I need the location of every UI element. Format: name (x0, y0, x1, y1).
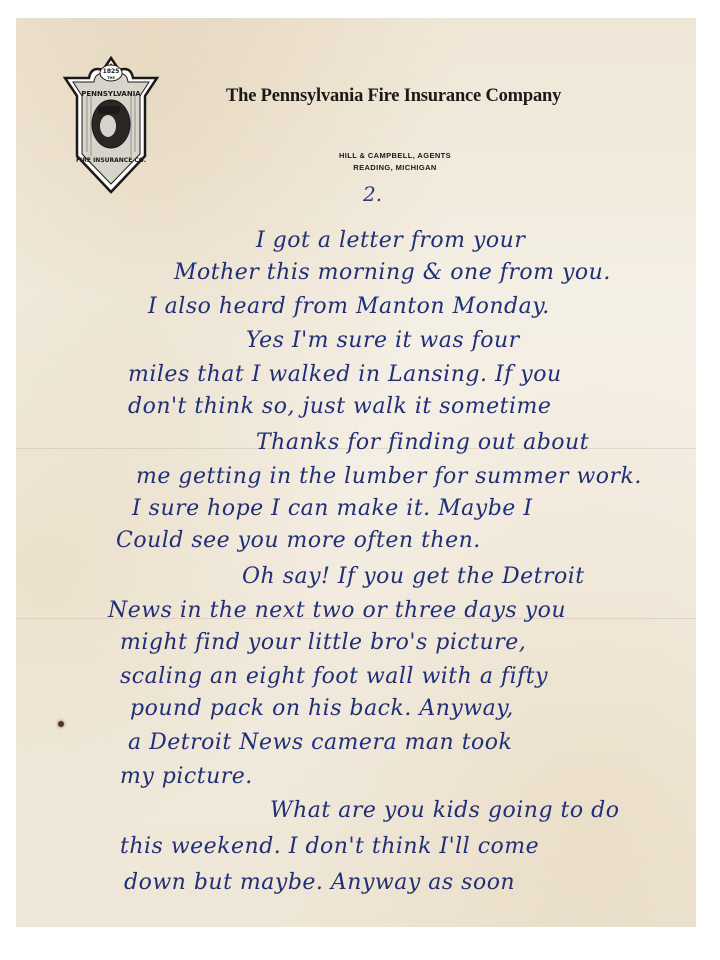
letter-line: Mother this morning & one from you. (174, 260, 611, 285)
pennsylvania-fire-insurance-shield-logo: 1825 THE PENNSYLVANIA FIRE INSURANCE CO. (61, 56, 161, 194)
letter-line: I sure hope I can make it. Maybe I (132, 496, 533, 521)
logo-the: THE (107, 76, 115, 80)
company-name: The Pennsylvania Fire Insurance Company (226, 86, 626, 107)
portrait-icon (100, 115, 116, 137)
letter-line: might find your little bro's picture, (120, 630, 526, 655)
letter-line: Yes I'm sure it was four (246, 328, 520, 353)
letter-line: Could see you more often then. (116, 528, 481, 553)
letter-line: pound pack on his back. Anyway, (130, 696, 514, 721)
letter-line: What are you kids going to do (270, 798, 619, 823)
logo-top-text: PENNSYLVANIA (81, 90, 141, 98)
letter-line: a Detroit News camera man took (128, 730, 512, 755)
letter-line: down but maybe. Anyway as soon (124, 870, 515, 895)
letter-line: News in the next two or three days you (108, 598, 566, 623)
agents-block: HILL & CAMPBELL, AGENTS READING, MICHIGA… (310, 150, 480, 174)
letter-line: miles that I walked in Lansing. If you (128, 362, 562, 387)
agents-location: READING, MICHIGAN (310, 162, 480, 174)
letter-line: I got a letter from your (256, 228, 525, 253)
page-number: 2. (363, 182, 382, 206)
letter-line: my picture. (120, 764, 253, 789)
letter-line: don't think so, just walk it sometime (128, 394, 551, 419)
punch-hole (58, 721, 64, 727)
logo-bottom-text: FIRE INSURANCE CO. (76, 157, 146, 164)
letter-line: this weekend. I don't think I'll come (120, 834, 539, 859)
letter-line: me getting in the lumber for summer work… (136, 464, 642, 489)
logo-year: 1825 (103, 68, 120, 75)
letter-line: Oh say! If you get the Detroit (242, 564, 585, 589)
letter-line: Thanks for finding out about (256, 430, 589, 455)
letter-page: 1825 THE PENNSYLVANIA FIRE INSURANCE CO.… (16, 18, 696, 927)
agents-name: HILL & CAMPBELL, AGENTS (310, 150, 480, 162)
letter-line: I also heard from Manton Monday. (148, 294, 550, 319)
letter-line: scaling an eight foot wall with a fifty (120, 664, 548, 689)
